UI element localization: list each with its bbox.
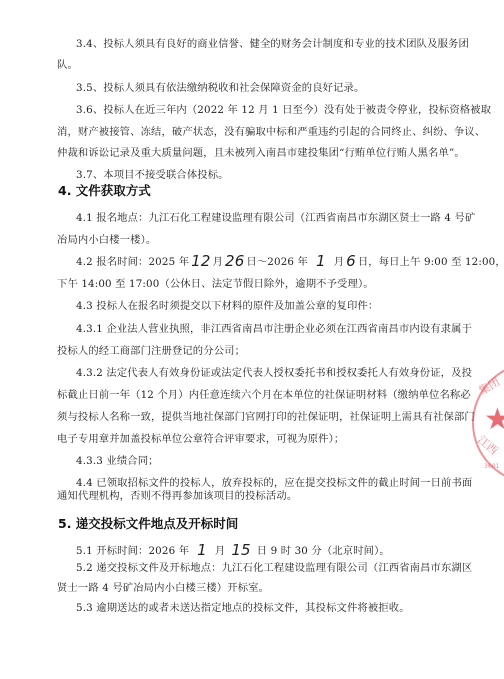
clause-5-1-suffix: 日 9 时 30 分（北京时间）。 [257, 545, 390, 557]
document-page: 3.4、投标人须具有良好的商业信誉、健全的财务会计制度和专业的技术团队及服务团 … [0, 0, 504, 679]
clause-3-6-line-1: 3.6、投标人在近三年内（2022 年 12 月 1 日至今）没有处于被责令停业… [76, 103, 491, 117]
clause-4-3-1-line-2: 投标人的经工商部门注册登记的分公司； [57, 344, 245, 358]
clause-4-3-1-line-1: 4.3.1 企业法人营业执照，非江西省南昌市注册企业必须在江西省南昌市内设有隶属… [76, 322, 472, 336]
month-label-2: 月 [334, 256, 344, 268]
day-range-label: 日～2026 年 [246, 256, 308, 268]
section-5-heading: 5. 递交投标文件地点及开标时间 [58, 516, 238, 532]
clause-4-2-line-1: 4.2 报名时间：2025 年12月26日～2026 年1月6日，每日上午 9:… [76, 255, 504, 269]
month-label: 月 [215, 545, 225, 557]
handwritten-month-start: 12 [189, 255, 212, 267]
clause-3-5: 3.5、投标人须具有依法缴纳税收和社会保障资金的良好记录。 [76, 81, 364, 95]
clause-4-2-line-2: 下午 14:00 至 17:00（公休日、法定节假日除外，逾期不予受理）。 [57, 277, 374, 291]
seal-star-icon: ★ [484, 405, 504, 435]
clause-3-6-line-3: 仲裁和诉讼记录及重大质量问题，且未被列入南昌市建投集团“行贿单位行贿人黑名单”。 [57, 146, 465, 160]
clause-3-7: 3.7、本项目不接受联合体投标。 [76, 168, 229, 182]
handwritten-month: 1 [189, 544, 215, 556]
handwritten-month-end: 1 [308, 255, 334, 267]
clause-4-3: 4.3 投标人在报名时须提交以下材料的原件及加盖公章的复印件： [76, 299, 378, 313]
clause-4-4-line-2: 通知代理机构，否则不得再参加该项目的投标活动。 [57, 489, 297, 503]
clause-3-4-line-1: 3.4、投标人须具有良好的商业信誉、健全的财务会计制度和专业的技术团队及服务团 [76, 37, 469, 51]
clause-4-1-line-1: 4.1 报名地点：九江石化工程建设监理有限公司（江西省南昌市东湖区贤士一路 4 … [76, 211, 475, 225]
clause-3-4-line-2: 队。 [57, 58, 78, 72]
clause-4-1-line-2: 冶局内小白楼一楼）。 [57, 233, 156, 247]
clause-5-1: 5.1 开标时间：2026 年1月15日 9 时 30 分（北京时间）。 [76, 544, 390, 558]
clause-3-6-line-2: 消，财产被接管、冻结，破产状态，没有骗取中标和严重违约引起的合同终止、纠纷、争议… [57, 125, 485, 139]
clause-4-2-prefix: 4.2 报名时间：2025 年 [76, 256, 189, 268]
clause-4-4-line-1: 4.4 已领取招标文件的投标人，放弃投标的，应在提交投标文件的截止时间一日前书面 [76, 476, 472, 490]
handwritten-day-end: 6 [344, 255, 358, 267]
clause-5-1-prefix: 5.1 开标时间：2026 年 [76, 545, 189, 557]
clause-4-3-2-line-2: 标截止日前一年（12 个月）内任意连续六个月在本单位的社保证明材料（缴纳单位名称… [57, 388, 471, 402]
clause-4-3-3: 4.3.3 业绩合同； [76, 454, 159, 468]
clause-4-3-2-line-3: 须与投标人名称一致，提供当地社保部门官网打印的社保证明，社保证明上需具有社保部门 [57, 410, 475, 424]
clause-4-3-2-line-4: 电子专用章并加盖投标单位公章符合评审要求，可视为原件）； [57, 432, 344, 446]
seal-number: 3601 [484, 463, 499, 470]
clause-4-3-2-line-1: 4.3.2 法定代表人有效身份证或法定代表人授权委托书和授权委托人有效身份证，及… [76, 366, 472, 380]
month-label: 月 [213, 256, 223, 268]
section-4-heading: 4. 文件获取方式 [58, 183, 151, 199]
handwritten-day-start: 26 [223, 255, 246, 267]
clause-5-2-line-1: 5.2 递交投标文件及开标地点：九江石化工程建设监理有限公司（江西省南昌市东湖区 [76, 561, 472, 575]
clause-5-2-line-2: 贤士一路 4 号矿冶局内小白楼三楼）开标室。 [57, 581, 269, 595]
handwritten-day: 15 [225, 544, 256, 556]
clause-5-3: 5.3 逾期送达的或者未送达指定地点的投标文件，其投标文件将被拒收。 [76, 601, 410, 615]
clause-4-2-suffix: 日，每日上午 9:00 至 12:00， [358, 256, 504, 268]
